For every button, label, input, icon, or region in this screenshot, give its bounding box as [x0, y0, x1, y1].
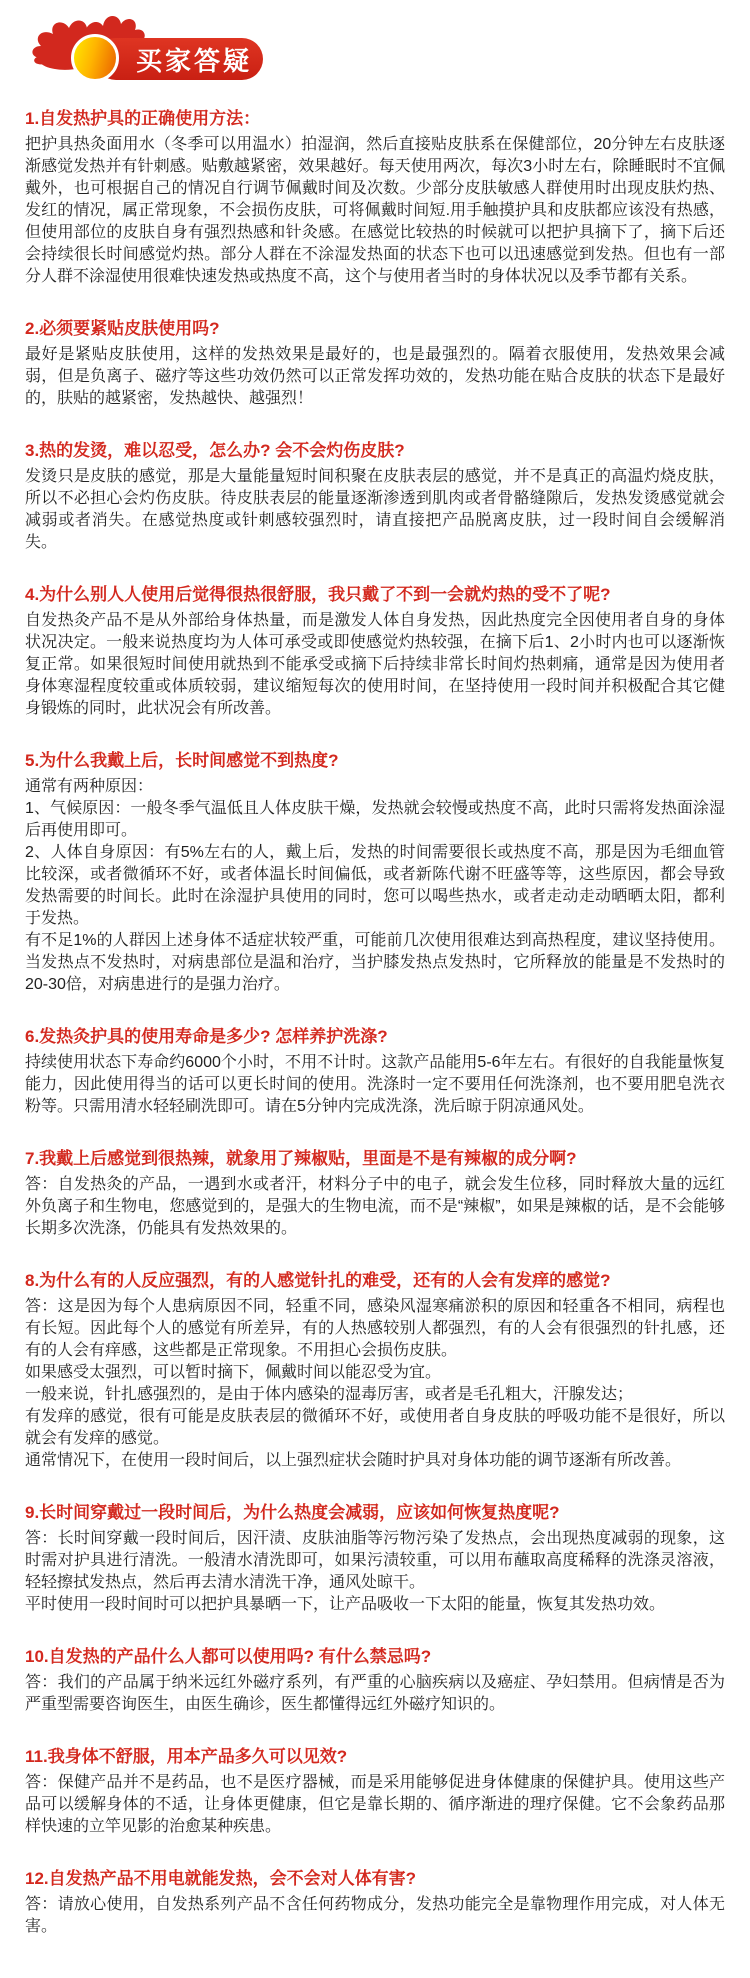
- faq-answer: 持续使用状态下寿命约6000个小时，不用不计时。这款产品能用5-6年左右。有很好…: [25, 1052, 725, 1118]
- faq-answer: 一般来说，针扎感强烈的，是由于体内感染的湿毒厉害，或者是毛孔粗大，汗腺发达；: [25, 1384, 725, 1406]
- faq-item: 7.我戴上后感觉到很热辣，就象用了辣椒贴，里面是不是有辣椒的成分啊? 答：自发热…: [25, 1148, 725, 1240]
- faq-item: 2.必须要紧贴皮肤使用吗? 最好是紧贴皮肤使用，这样的发热效果是最好的，也是最强…: [25, 318, 725, 410]
- faq-question: 7.我戴上后感觉到很热辣，就象用了辣椒贴，里面是不是有辣椒的成分啊?: [25, 1148, 725, 1170]
- faq-answer: 1、气候原因：一般冬季气温低且人体皮肤干燥，发热就会较慢或热度不高，此时只需将发…: [25, 798, 725, 842]
- faq-question: 10.自发热的产品什么人都可以使用吗? 有什么禁忌吗?: [25, 1646, 725, 1668]
- faq-item: 12.自发热产品不用电就能发热，会不会对人体有害? 答：请放心使用，自发热系列产…: [25, 1868, 725, 1938]
- faq-item: 11.我身体不舒服，用本产品多久可以见效? 答：保健产品并不是药品，也不是医疗器…: [25, 1746, 725, 1838]
- faq-item: 10.自发热的产品什么人都可以使用吗? 有什么禁忌吗? 答：我们的产品属于纳米远…: [25, 1646, 725, 1716]
- faq-answer: 最好是紧贴皮肤使用，这样的发热效果是最好的，也是最强烈的。隔着衣服使用，发热效果…: [25, 344, 725, 410]
- faq-answer: 有不足1%的人群因上述身体不适症状较严重，可能前几次使用很难达到高热程度，建议坚…: [25, 930, 725, 996]
- faq-question: 11.我身体不舒服，用本产品多久可以见效?: [25, 1746, 725, 1768]
- faq-answer: 通常有两种原因：: [25, 776, 725, 798]
- sun-circle-icon: [71, 34, 119, 82]
- faq-answer: 答：请放心使用，自发热系列产品不含任何药物成分，发热功能完全是靠物理作用完成，对…: [25, 1894, 725, 1938]
- faq-item: 5.为什么我戴上后，长时间感觉不到热度? 通常有两种原因：1、气候原因：一般冬季…: [25, 750, 725, 996]
- faq-item: 3.热的发烫，难以忍受，怎么办? 会不会灼伤皮肤? 发烫只是皮肤的感觉，那是大量…: [25, 440, 725, 554]
- faq-question: 3.热的发烫，难以忍受，怎么办? 会不会灼伤皮肤?: [25, 440, 725, 462]
- faq-item: 9.长时间穿戴过一段时间后，为什么热度会减弱，应该如何恢复热度呢? 答：长时间穿…: [25, 1502, 725, 1616]
- faq-question: 4.为什么别人人使用后觉得很热很舒服，我只戴了不到一会就灼热的受不了呢?: [25, 584, 725, 606]
- faq-answer: 2、人体自身原因：有5%左右的人，戴上后，发热的时间需要很长或热度不高，那是因为…: [25, 842, 725, 930]
- faq-list: 1.自发热护具的正确使用方法： 把护具热灸面用水（冬季可以用温水）拍湿润，然后直…: [25, 108, 725, 1938]
- page: 买家答疑 1.自发热护具的正确使用方法： 把护具热灸面用水（冬季可以用温水）拍湿…: [0, 0, 750, 1978]
- faq-answer: 发烫只是皮肤的感觉，那是大量能量短时间积聚在皮肤表层的感觉，并不是真正的高温灼烧…: [25, 466, 725, 554]
- faq-question: 5.为什么我戴上后，长时间感觉不到热度?: [25, 750, 725, 772]
- faq-item: 4.为什么别人人使用后觉得很热很舒服，我只戴了不到一会就灼热的受不了呢? 自发热…: [25, 584, 725, 720]
- faq-answer: 把护具热灸面用水（冬季可以用温水）拍湿润，然后直接贴皮肤系在保健部位，20分钟左…: [25, 134, 725, 288]
- faq-answer: 答：我们的产品属于纳米远红外磁疗系列，有严重的心脑疾病以及癌症、孕妇禁用。但病情…: [25, 1672, 725, 1716]
- faq-answer: 通常情况下，在使用一段时间后，以上强烈症状会随时护具对身体功能的调节逐渐有所改善…: [25, 1450, 725, 1472]
- page-title: 买家答疑: [136, 41, 252, 78]
- faq-answer: 有发痒的感觉，很有可能是皮肤表层的微循环不好，或使用者自身皮肤的呼吸功能不是很好…: [25, 1406, 725, 1450]
- faq-answer: 答：长时间穿戴一段时间后，因汗渍、皮肤油脂等污物污染了发热点，会出现热度减弱的现…: [25, 1528, 725, 1594]
- faq-item: 8.为什么有的人反应强烈，有的人感觉针扎的难受，还有的人会有发痒的感觉? 答：这…: [25, 1270, 725, 1472]
- faq-question: 2.必须要紧贴皮肤使用吗?: [25, 318, 725, 340]
- faq-question: 9.长时间穿戴过一段时间后，为什么热度会减弱，应该如何恢复热度呢?: [25, 1502, 725, 1524]
- faq-question: 8.为什么有的人反应强烈，有的人感觉针扎的难受，还有的人会有发痒的感觉?: [25, 1270, 725, 1292]
- faq-answer: 自发热灸产品不是从外部给身体热量，而是激发人体自身发热，因此热度完全因使用者自身…: [25, 610, 725, 720]
- faq-item: 1.自发热护具的正确使用方法： 把护具热灸面用水（冬季可以用温水）拍湿润，然后直…: [25, 108, 725, 288]
- faq-answer: 答：保健产品并不是药品，也不是医疗器械，而是采用能够促进身体健康的保健护具。使用…: [25, 1772, 725, 1838]
- faq-answer: 如果感受太强烈，可以暂时摘下，佩戴时间以能忍受为宜。: [25, 1362, 725, 1384]
- faq-item: 6.发热灸护具的使用寿命是多少? 怎样养护洗涤? 持续使用状态下寿命约6000个…: [25, 1026, 725, 1118]
- banner: 买家答疑: [95, 38, 263, 80]
- faq-answer: 平时使用一段时间时可以把护具暴晒一下，让产品吸收一下太阳的能量，恢复其发热功效。: [25, 1594, 725, 1616]
- faq-answer: 答：自发热灸的产品，一遇到水或者汗，材料分子中的电子，就会发生位移，同时释放大量…: [25, 1174, 725, 1240]
- faq-question: 1.自发热护具的正确使用方法：: [25, 108, 725, 130]
- header: 买家答疑: [25, 8, 725, 96]
- faq-answer: 答：这是因为每个人患病原因不同，轻重不同，感染风湿寒痛淤积的原因和轻重各不相同，…: [25, 1296, 725, 1362]
- faq-question: 12.自发热产品不用电就能发热，会不会对人体有害?: [25, 1868, 725, 1890]
- faq-question: 6.发热灸护具的使用寿命是多少? 怎样养护洗涤?: [25, 1026, 725, 1048]
